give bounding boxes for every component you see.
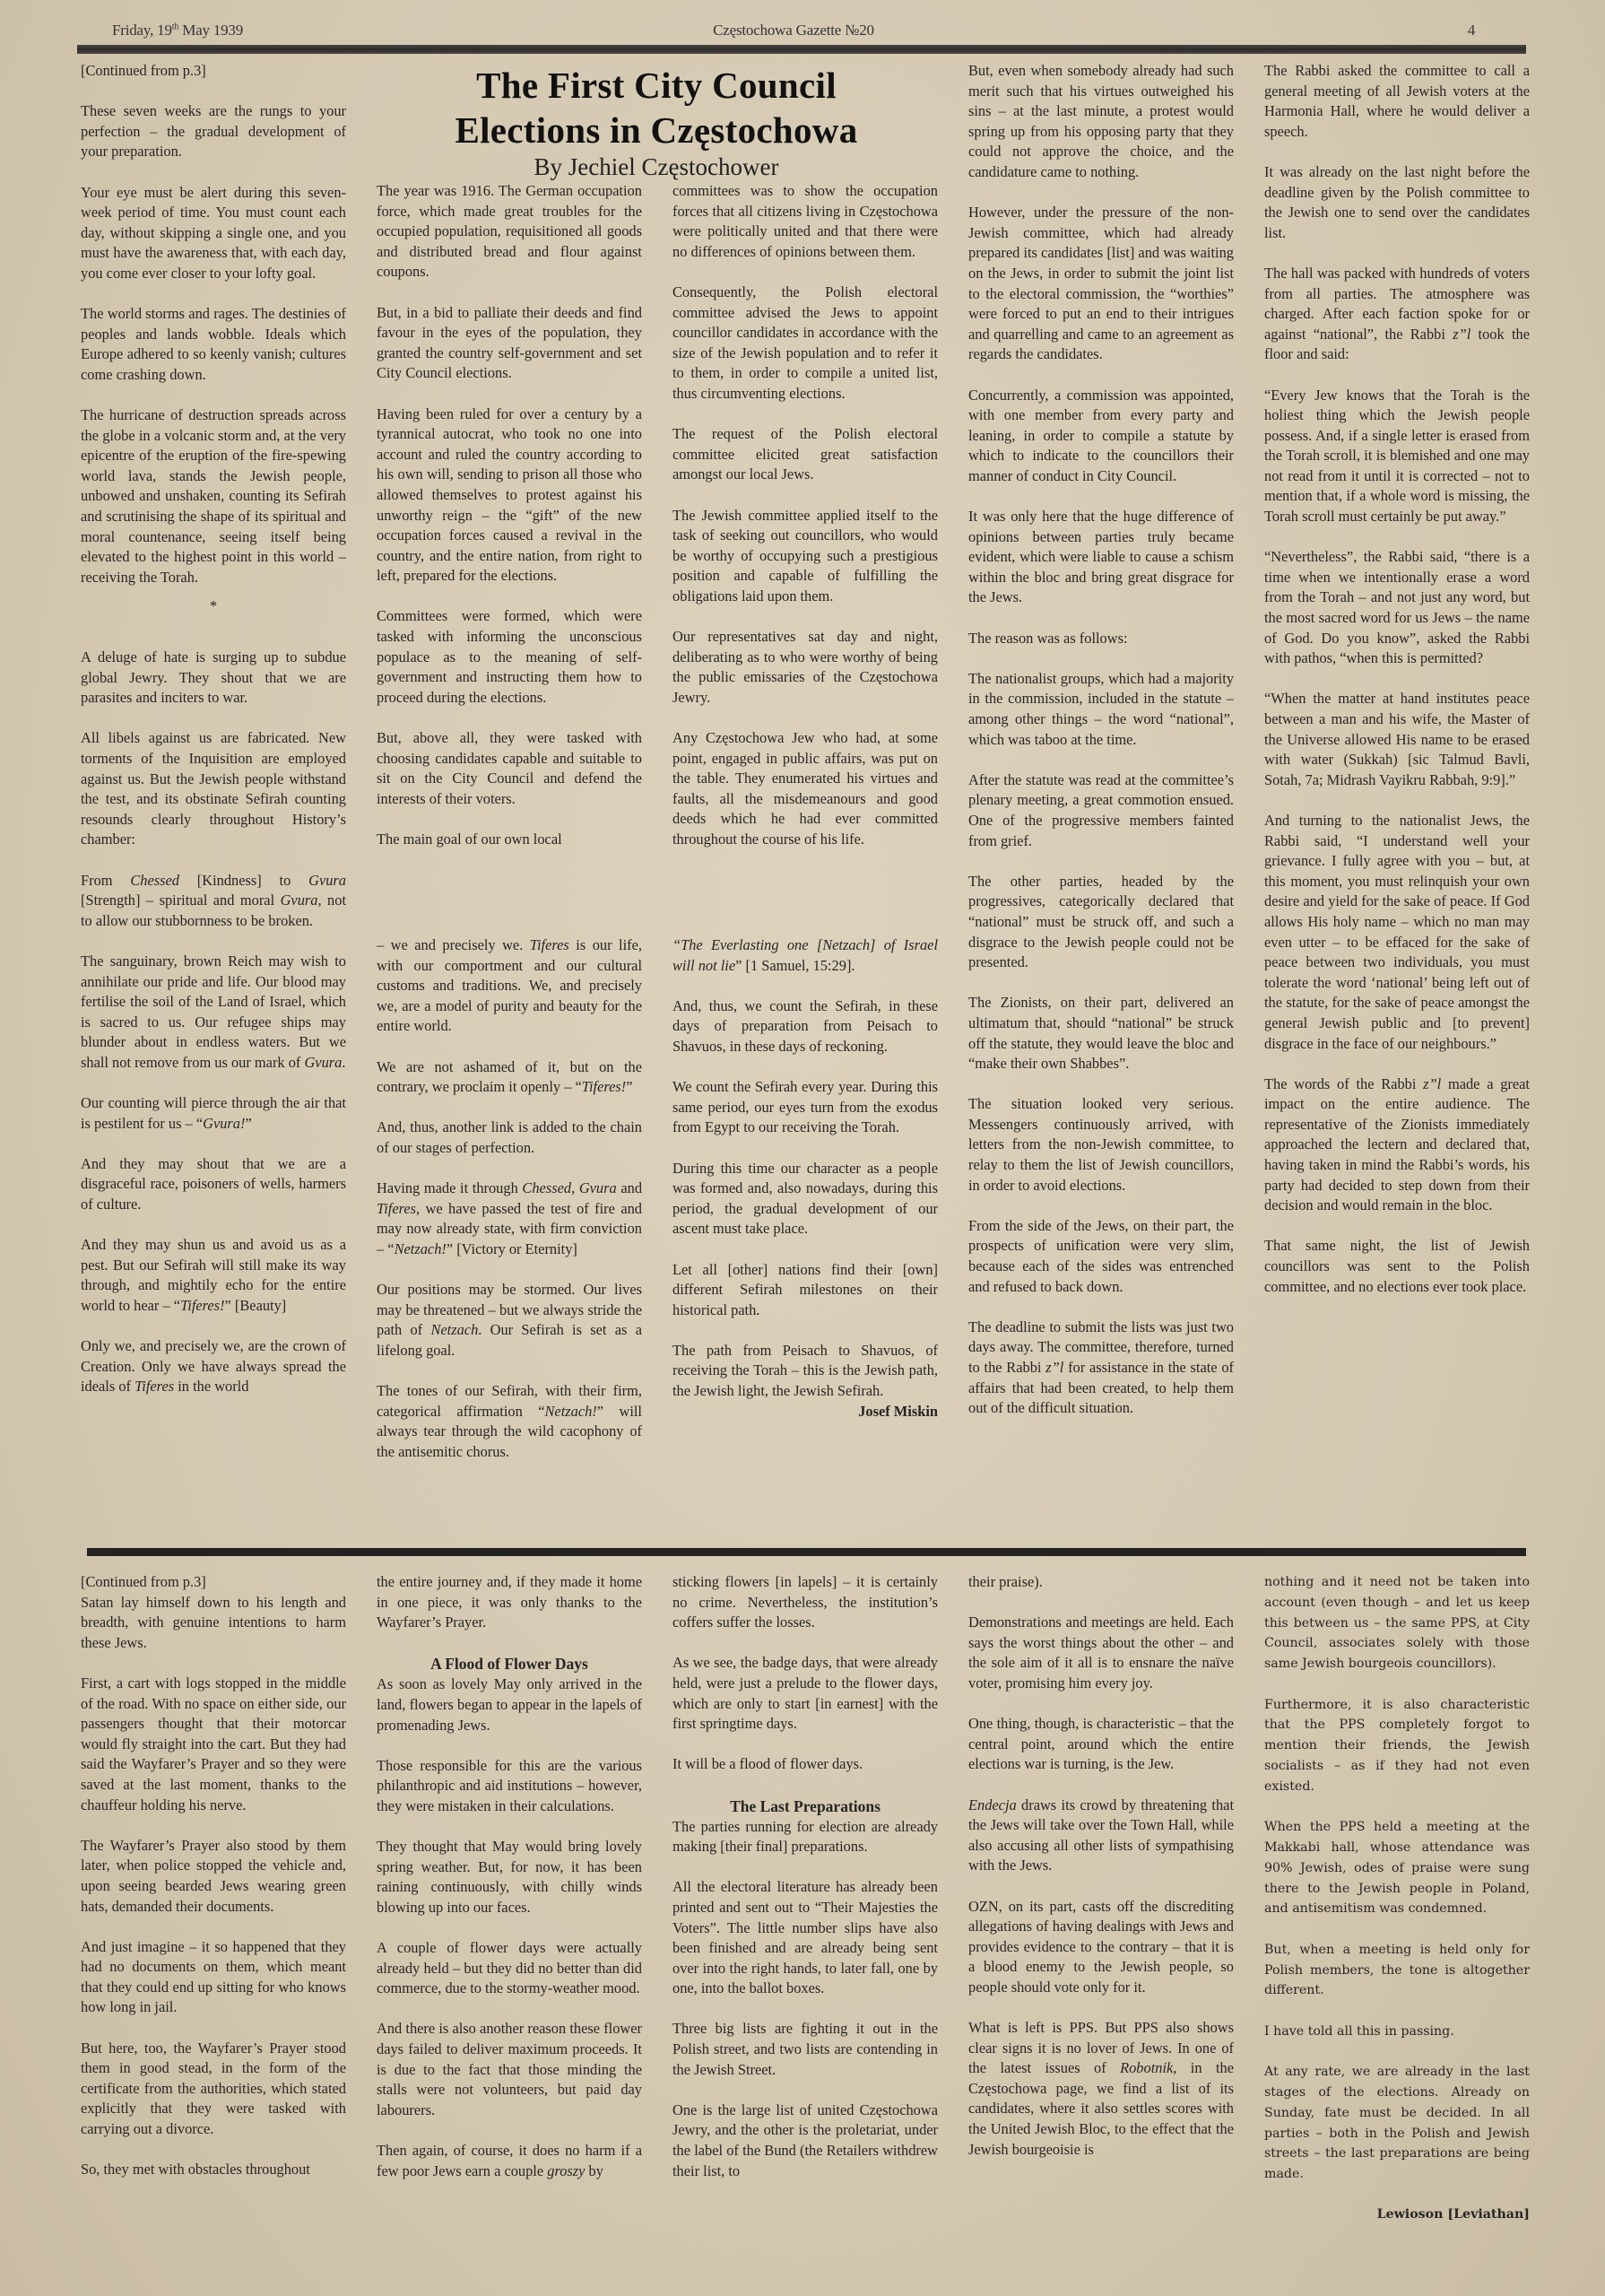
subheading-last-preparations: The Last Preparations [672, 1796, 938, 1817]
sefirah-article-col-3: “The Everlasting one [Netzach] of Israel… [672, 935, 938, 1442]
elections-article-col-2: the entire journey and, if they made it … [377, 1572, 642, 2181]
council-article-col-a: The year was 1916. The German occupation… [377, 181, 642, 850]
article-byline: By Jechiel Częstochower [369, 152, 943, 181]
page-number: 4 [1468, 22, 1475, 39]
sefirah-article-col-1: [Continued from p.3] These seven weeks a… [81, 61, 346, 1397]
elections-article-col-4: their praise). Demonstrations and meetin… [968, 1572, 1234, 2160]
council-article-col-c: But, even when somebody already had such… [968, 61, 1234, 1419]
newspaper-title: Częstochowa Gazette №20 [112, 22, 1475, 39]
masthead: Friday, 19th May 1939 Częstochowa Gazett… [112, 20, 1475, 43]
section-separator: * [81, 596, 346, 617]
council-article-headline: The First City CouncilElections in Częst… [369, 63, 943, 181]
section-divider-rule [87, 1548, 1526, 1556]
continued-note: [Continued from p.3] [81, 1572, 346, 1593]
elections-article-col-5: nothing and it need not be taken into ac… [1264, 1572, 1530, 2246]
continued-note: [Continued from p.3] [81, 61, 346, 82]
council-article-col-d: The Rabbi asked the committee to call a … [1264, 61, 1530, 1297]
subheading-flower-days: A Flood of Flower Days [377, 1653, 642, 1674]
masthead-rule [77, 45, 1526, 54]
article-author: Josef Miskin [672, 1402, 938, 1422]
elections-article-col-1: [Continued from p.3] Satan lay himself d… [81, 1572, 346, 2180]
article-author: Lewioson [Leviathan] [1264, 2205, 1530, 2225]
council-article-col-b: committees was to show the occupation fo… [672, 181, 938, 850]
article-title: The First City CouncilElections in Częst… [369, 63, 943, 152]
elections-article-col-3: sticking flowers [in lapels] – it is cer… [672, 1572, 938, 2181]
sefirah-article-col-2: – we and precisely we. Tiferes is our li… [377, 935, 642, 1462]
